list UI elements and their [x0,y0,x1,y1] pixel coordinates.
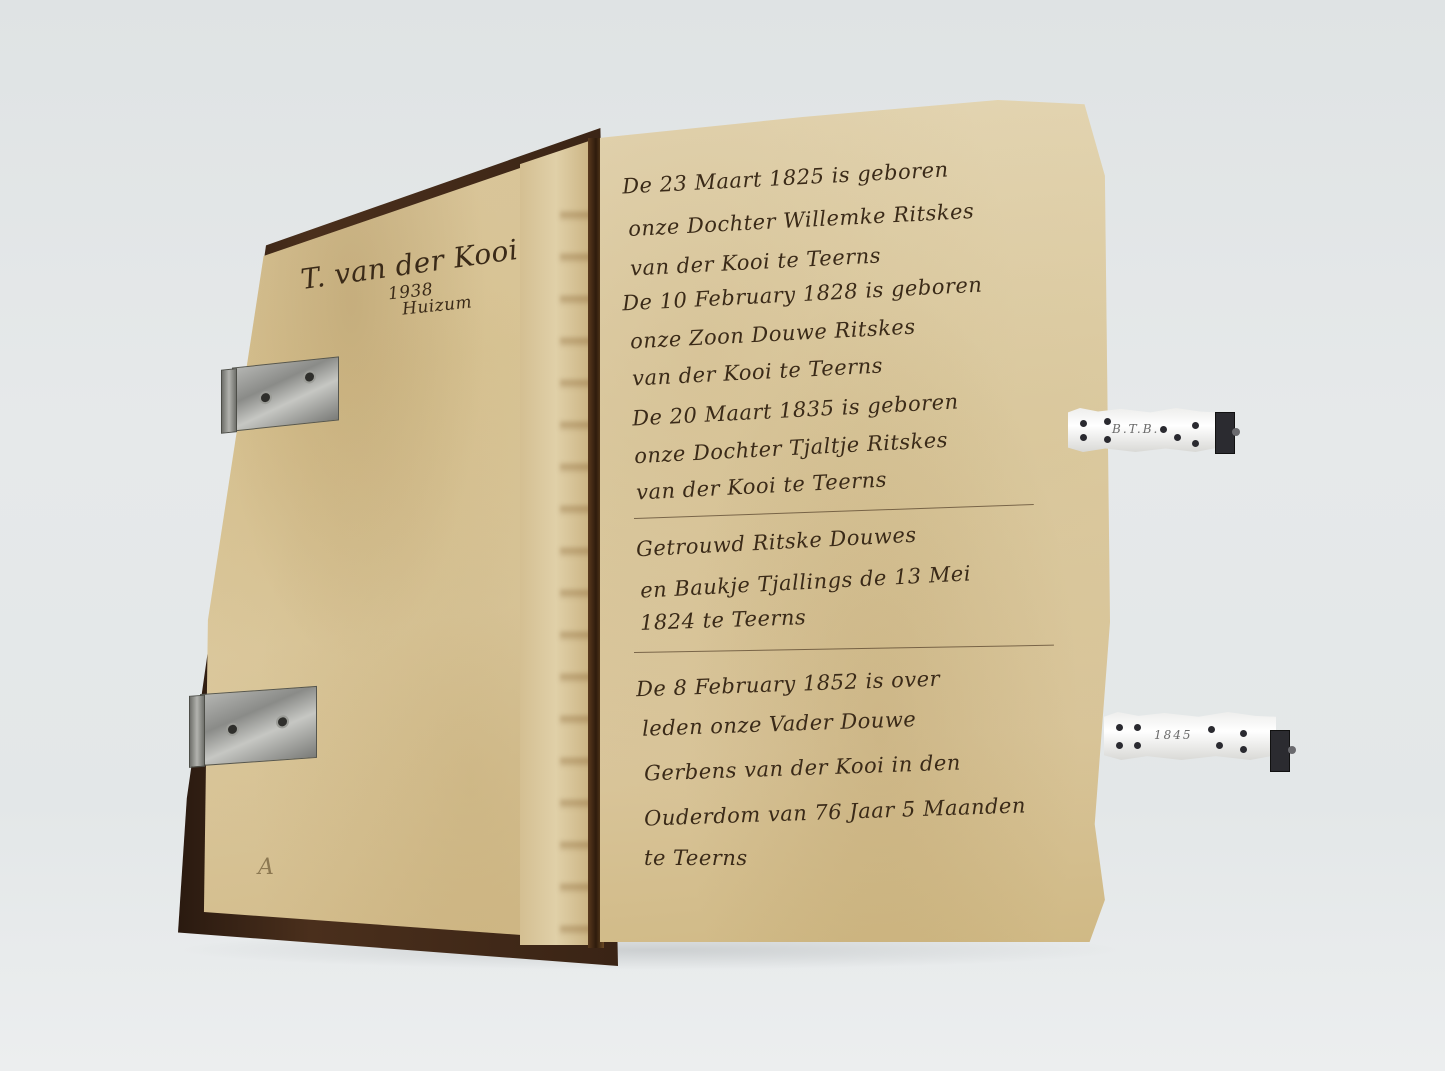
lower-clasp-pin [1288,746,1296,754]
clasp-hole [1208,726,1215,733]
clasp-hole [1116,742,1123,749]
clasp-hole [1160,426,1167,433]
upper-clasp-pin [1232,428,1240,436]
clasp-engraving: 1845 [1154,728,1193,742]
clasp-hole [1134,742,1141,749]
rivet-icon [303,370,316,384]
clasp-hole [1104,418,1111,425]
clasp-hole [1240,730,1247,737]
lower-clasp-catch [1270,730,1290,772]
photo-scene: T. van der Kooi 1938 Huizum A De 23 Maar… [0,0,1445,1071]
lower-clasp: 1845 [1104,712,1276,760]
entry-line: te Teerns [644,846,748,870]
clasp-hole [1116,724,1123,731]
lower-hinge [200,686,317,766]
rivet-icon [226,722,239,736]
clasp-hole [1104,436,1111,443]
upper-hinge [232,356,339,431]
rivet-icon [259,390,272,404]
clasp-hole [1134,724,1141,731]
clasp-hole [1174,434,1181,441]
clasp-hole [1240,746,1247,753]
clasp-engraving: B.T.B. [1112,422,1159,436]
clasp-hole [1192,422,1199,429]
clasp-hole [1080,420,1087,427]
hinge-knuckle [189,695,205,768]
clasp-hole [1080,434,1087,441]
hinge-knuckle [221,368,237,434]
clasp-hole [1192,440,1199,447]
corner-mark: A [258,855,274,880]
upper-clasp: B.T.B. [1068,408,1218,452]
clasp-hole [1216,742,1223,749]
rivet-icon [276,715,289,729]
